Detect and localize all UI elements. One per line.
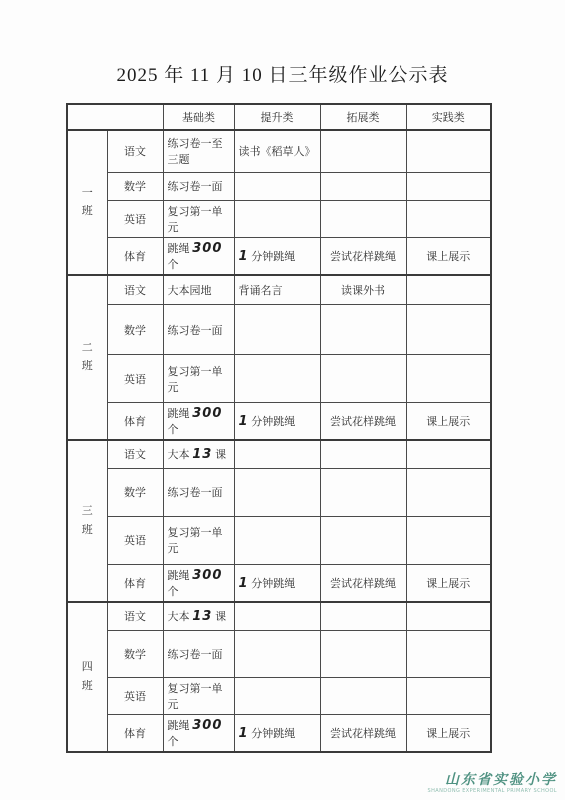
column-header-practice: 实践类 [406,104,491,130]
homework-cell: 练习卷一面 [163,631,234,678]
subject-label: 语文 [107,440,163,468]
homework-cell: 练习卷一面 [163,305,234,355]
homework-cell [320,355,406,403]
class-label-cell: 一班 [67,130,107,275]
subject-label: 语文 [107,130,163,172]
homework-cell: 大本 13 课 [163,602,234,631]
class-label: 四班 [81,658,93,695]
homework-cell [320,200,406,237]
homework-cell [234,305,320,355]
homework-cell: 跳绳 300 个 [163,403,234,441]
homework-cell: 尝试花样跳绳 [320,237,406,275]
homework-cell [234,355,320,403]
class-label: 一班 [81,184,93,221]
column-header-basic: 基础类 [163,104,234,130]
homework-cell: 背诵名言 [234,275,320,305]
class-label-cell: 三班 [67,440,107,602]
homework-cell [234,678,320,715]
homework-cell: 课上展示 [406,403,491,441]
homework-cell [406,130,491,172]
homework-cell: 读书《稻草人》 [234,130,320,172]
homework-cell: 跳绳 300 个 [163,715,234,753]
homework-cell [234,516,320,564]
homework-cell: 课上展示 [406,237,491,275]
homework-cell: 1 分钟跳绳 [234,403,320,441]
homework-cell [406,305,491,355]
table-row: 二班 语文 大本园地 背诵名言 读课外书 [67,275,491,305]
subject-label: 数学 [107,172,163,200]
homework-cell: 读课外书 [320,275,406,305]
column-header-improve: 提升类 [234,104,320,130]
document-page: 2025 年 11 月 10 日三年级作业公示表 基础类 提升类 拓展类 实践类… [0,0,565,800]
class-label-cell: 四班 [67,602,107,753]
table-row: 体育 跳绳 300 个 1 分钟跳绳 尝试花样跳绳 课上展示 [67,715,491,753]
homework-cell [234,172,320,200]
homework-cell: 尝试花样跳绳 [320,715,406,753]
homework-cell [406,678,491,715]
subject-label: 数学 [107,468,163,516]
table-row: 一班 语文 练习卷一至三题 读书《稻草人》 [67,130,491,172]
subject-label: 数学 [107,305,163,355]
homework-cell [320,305,406,355]
homework-cell [234,631,320,678]
class-label-cell: 二班 [67,275,107,441]
homework-cell: 大本 13 课 [163,440,234,468]
homework-cell: 练习卷一面 [163,172,234,200]
table-row: 体育 跳绳 300 个 1 分钟跳绳 尝试花样跳绳 课上展示 [67,564,491,602]
subject-label: 英语 [107,516,163,564]
homework-cell [406,516,491,564]
homework-cell: 练习卷一面 [163,468,234,516]
header-row: 基础类 提升类 拓展类 实践类 [67,104,491,130]
table-row: 数学 练习卷一面 [67,305,491,355]
corner-cell [67,104,163,130]
homework-cell: 尝试花样跳绳 [320,403,406,441]
homework-cell [234,200,320,237]
table-row: 英语 复习第一单元 [67,516,491,564]
homework-cell: 大本园地 [163,275,234,305]
table-row: 四班 语文 大本 13 课 [67,602,491,631]
subject-label: 语文 [107,602,163,631]
homework-cell [320,440,406,468]
homework-cell [406,440,491,468]
homework-cell [320,516,406,564]
homework-cell [234,602,320,631]
table-row: 体育 跳绳 300 个 1 分钟跳绳 尝试花样跳绳 课上展示 [67,237,491,275]
page-title: 2025 年 11 月 10 日三年级作业公示表 [0,60,565,87]
table-row: 英语 复习第一单元 [67,678,491,715]
subject-label: 英语 [107,678,163,715]
homework-table: 基础类 提升类 拓展类 实践类 一班 语文 练习卷一至三题 读书《稻草人》 数学… [66,103,492,753]
homework-cell [406,172,491,200]
table-row: 数学 练习卷一面 [67,631,491,678]
homework-cell [320,678,406,715]
table-row: 英语 复习第一单元 [67,355,491,403]
homework-cell [320,602,406,631]
school-name-en: SHANDONG EXPERIMENTAL PRIMARY SCHOOL [428,789,557,795]
table-row: 英语 复习第一单元 [67,200,491,237]
homework-cell [406,468,491,516]
class-label: 三班 [81,502,93,539]
homework-cell: 复习第一单元 [163,200,234,237]
homework-cell [234,440,320,468]
homework-cell [406,602,491,631]
homework-cell [320,468,406,516]
homework-cell: 练习卷一至三题 [163,130,234,172]
subject-label: 体育 [107,403,163,441]
subject-label: 英语 [107,200,163,237]
homework-cell: 跳绳 300 个 [163,564,234,602]
homework-cell [320,172,406,200]
school-logo: 山东省实验小学 SHANDONG EXPERIMENTAL PRIMARY SC… [428,773,557,794]
homework-cell: 1 分钟跳绳 [234,564,320,602]
homework-cell [320,130,406,172]
subject-label: 数学 [107,631,163,678]
homework-cell [320,631,406,678]
homework-cell [406,275,491,305]
table-row: 体育 跳绳 300 个 1 分钟跳绳 尝试花样跳绳 课上展示 [67,403,491,441]
class-label: 二班 [81,339,93,376]
homework-cell: 课上展示 [406,715,491,753]
homework-cell: 复习第一单元 [163,355,234,403]
subject-label: 体育 [107,715,163,753]
subject-label: 体育 [107,564,163,602]
table-row: 数学 练习卷一面 [67,468,491,516]
homework-cell: 复习第一单元 [163,678,234,715]
homework-cell: 1 分钟跳绳 [234,237,320,275]
homework-cell [406,200,491,237]
subject-label: 英语 [107,355,163,403]
table-row: 数学 练习卷一面 [67,172,491,200]
school-name: 山东省实验小学 [428,773,557,788]
homework-cell [406,355,491,403]
subject-label: 体育 [107,237,163,275]
homework-cell: 1 分钟跳绳 [234,715,320,753]
column-header-expand: 拓展类 [320,104,406,130]
homework-cell: 复习第一单元 [163,516,234,564]
homework-cell: 尝试花样跳绳 [320,564,406,602]
homework-cell: 跳绳 300 个 [163,237,234,275]
homework-cell [234,468,320,516]
homework-cell: 课上展示 [406,564,491,602]
subject-label: 语文 [107,275,163,305]
table-row: 三班 语文 大本 13 课 [67,440,491,468]
homework-cell [406,631,491,678]
